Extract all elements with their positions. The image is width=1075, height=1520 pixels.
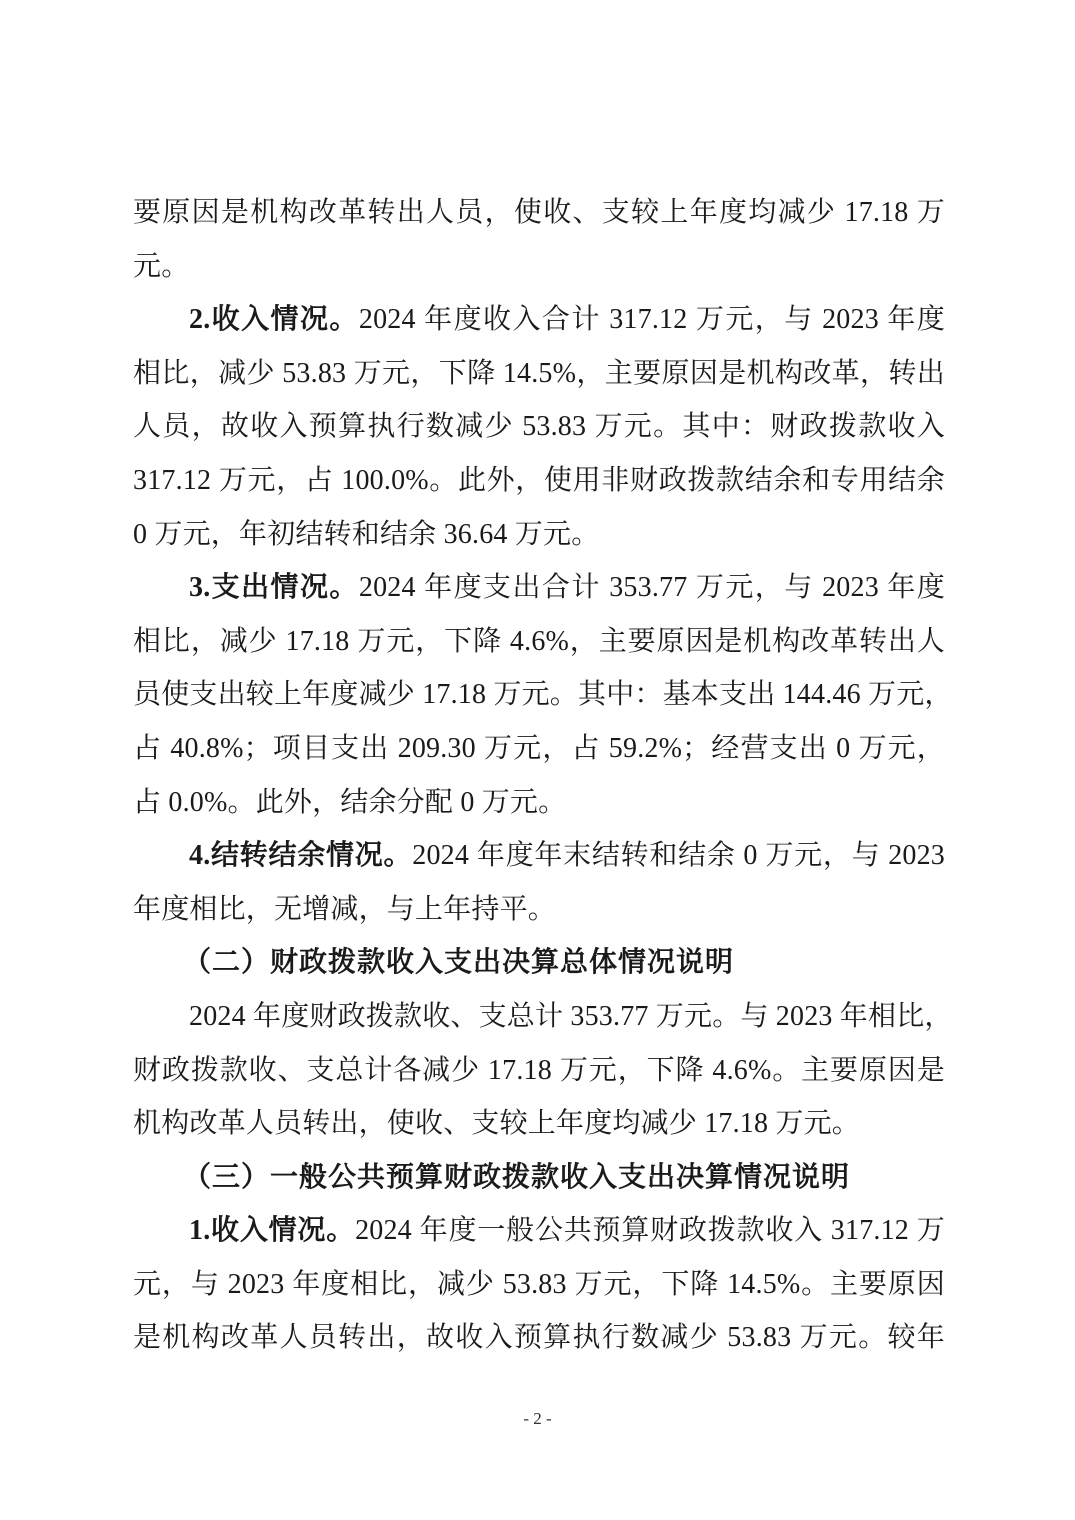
text-span: 2024 年度支出合计 353.77 万元，与 2023 年度 [359, 572, 945, 603]
text-line: 要原因是机构改革转出人员，使收、支较上年度均减少 17.18 万 [133, 186, 945, 240]
section-lead-carryover: 4.结转结余情况。 [189, 840, 412, 871]
section-heading-3: （三）一般公共预算财政拨款收入支出决算情况说明 [133, 1151, 945, 1205]
text-line: 元。 [133, 240, 945, 294]
document-page: 要原因是机构改革转出人员，使收、支较上年度均减少 17.18 万 元。 2.收入… [133, 186, 945, 1365]
text-line: 0 万元，年初结转和结余 36.64 万元。 [133, 508, 945, 562]
text-line: 员使支出较上年度减少 17.18 万元。其中：基本支出 144.46 万元， [133, 668, 945, 722]
text-line: 财政拨款收、支总计各减少 17.18 万元，下降 4.6%。主要原因是 [133, 1044, 945, 1098]
text-span: 2024 年度年末结转和结余 0 万元，与 2023 [412, 840, 945, 871]
section-lead-income: 2.收入情况。 [189, 304, 359, 335]
section-lead-expenditure: 3.支出情况。 [189, 572, 359, 603]
section-lead-gp-income: 1.收入情况。 [189, 1215, 355, 1246]
section-gp-income: 1.收入情况。2024 年度一般公共预算财政拨款收入 317.12 万 [133, 1204, 945, 1258]
text-line: 相比，减少 17.18 万元，下降 4.6%，主要原因是机构改革转出人 [133, 615, 945, 669]
section-carryover: 4.结转结余情况。2024 年度年末结转和结余 0 万元，与 2023 [133, 829, 945, 883]
text-span: 2024 年度一般公共预算财政拨款收入 317.12 万 [355, 1215, 945, 1246]
text-line: 是机构改革人员转出，故收入预算执行数减少 53.83 万元。较年 [133, 1311, 945, 1365]
text-line: 人员，故收入预算执行数减少 53.83 万元。其中：财政拨款收入 [133, 400, 945, 454]
section-income: 2.收入情况。2024 年度收入合计 317.12 万元，与 2023 年度 [133, 293, 945, 347]
page-number: - 2 - [0, 1409, 1075, 1429]
text-line: 年度相比，无增减，与上年持平。 [133, 883, 945, 937]
text-line: 2024 年度财政拨款收、支总计 353.77 万元。与 2023 年相比， [133, 990, 945, 1044]
text-line: 相比，减少 53.83 万元，下降 14.5%，主要原因是机构改革，转出 [133, 347, 945, 401]
text-line: 机构改革人员转出，使收、支较上年度均减少 17.18 万元。 [133, 1097, 945, 1151]
text-line: 317.12 万元，占 100.0%。此外，使用非财政拨款结余和专用结余 [133, 454, 945, 508]
section-heading-2: （二）财政拨款收入支出决算总体情况说明 [133, 936, 945, 990]
text-line: 元，与 2023 年度相比，减少 53.83 万元，下降 14.5%。主要原因 [133, 1258, 945, 1312]
text-line: 占 0.0%。此外，结余分配 0 万元。 [133, 776, 945, 830]
text-line: 占 40.8%；项目支出 209.30 万元，占 59.2%；经营支出 0 万元… [133, 722, 945, 776]
section-expenditure: 3.支出情况。2024 年度支出合计 353.77 万元，与 2023 年度 [133, 561, 945, 615]
text-span: 2024 年度收入合计 317.12 万元，与 2023 年度 [359, 304, 945, 335]
